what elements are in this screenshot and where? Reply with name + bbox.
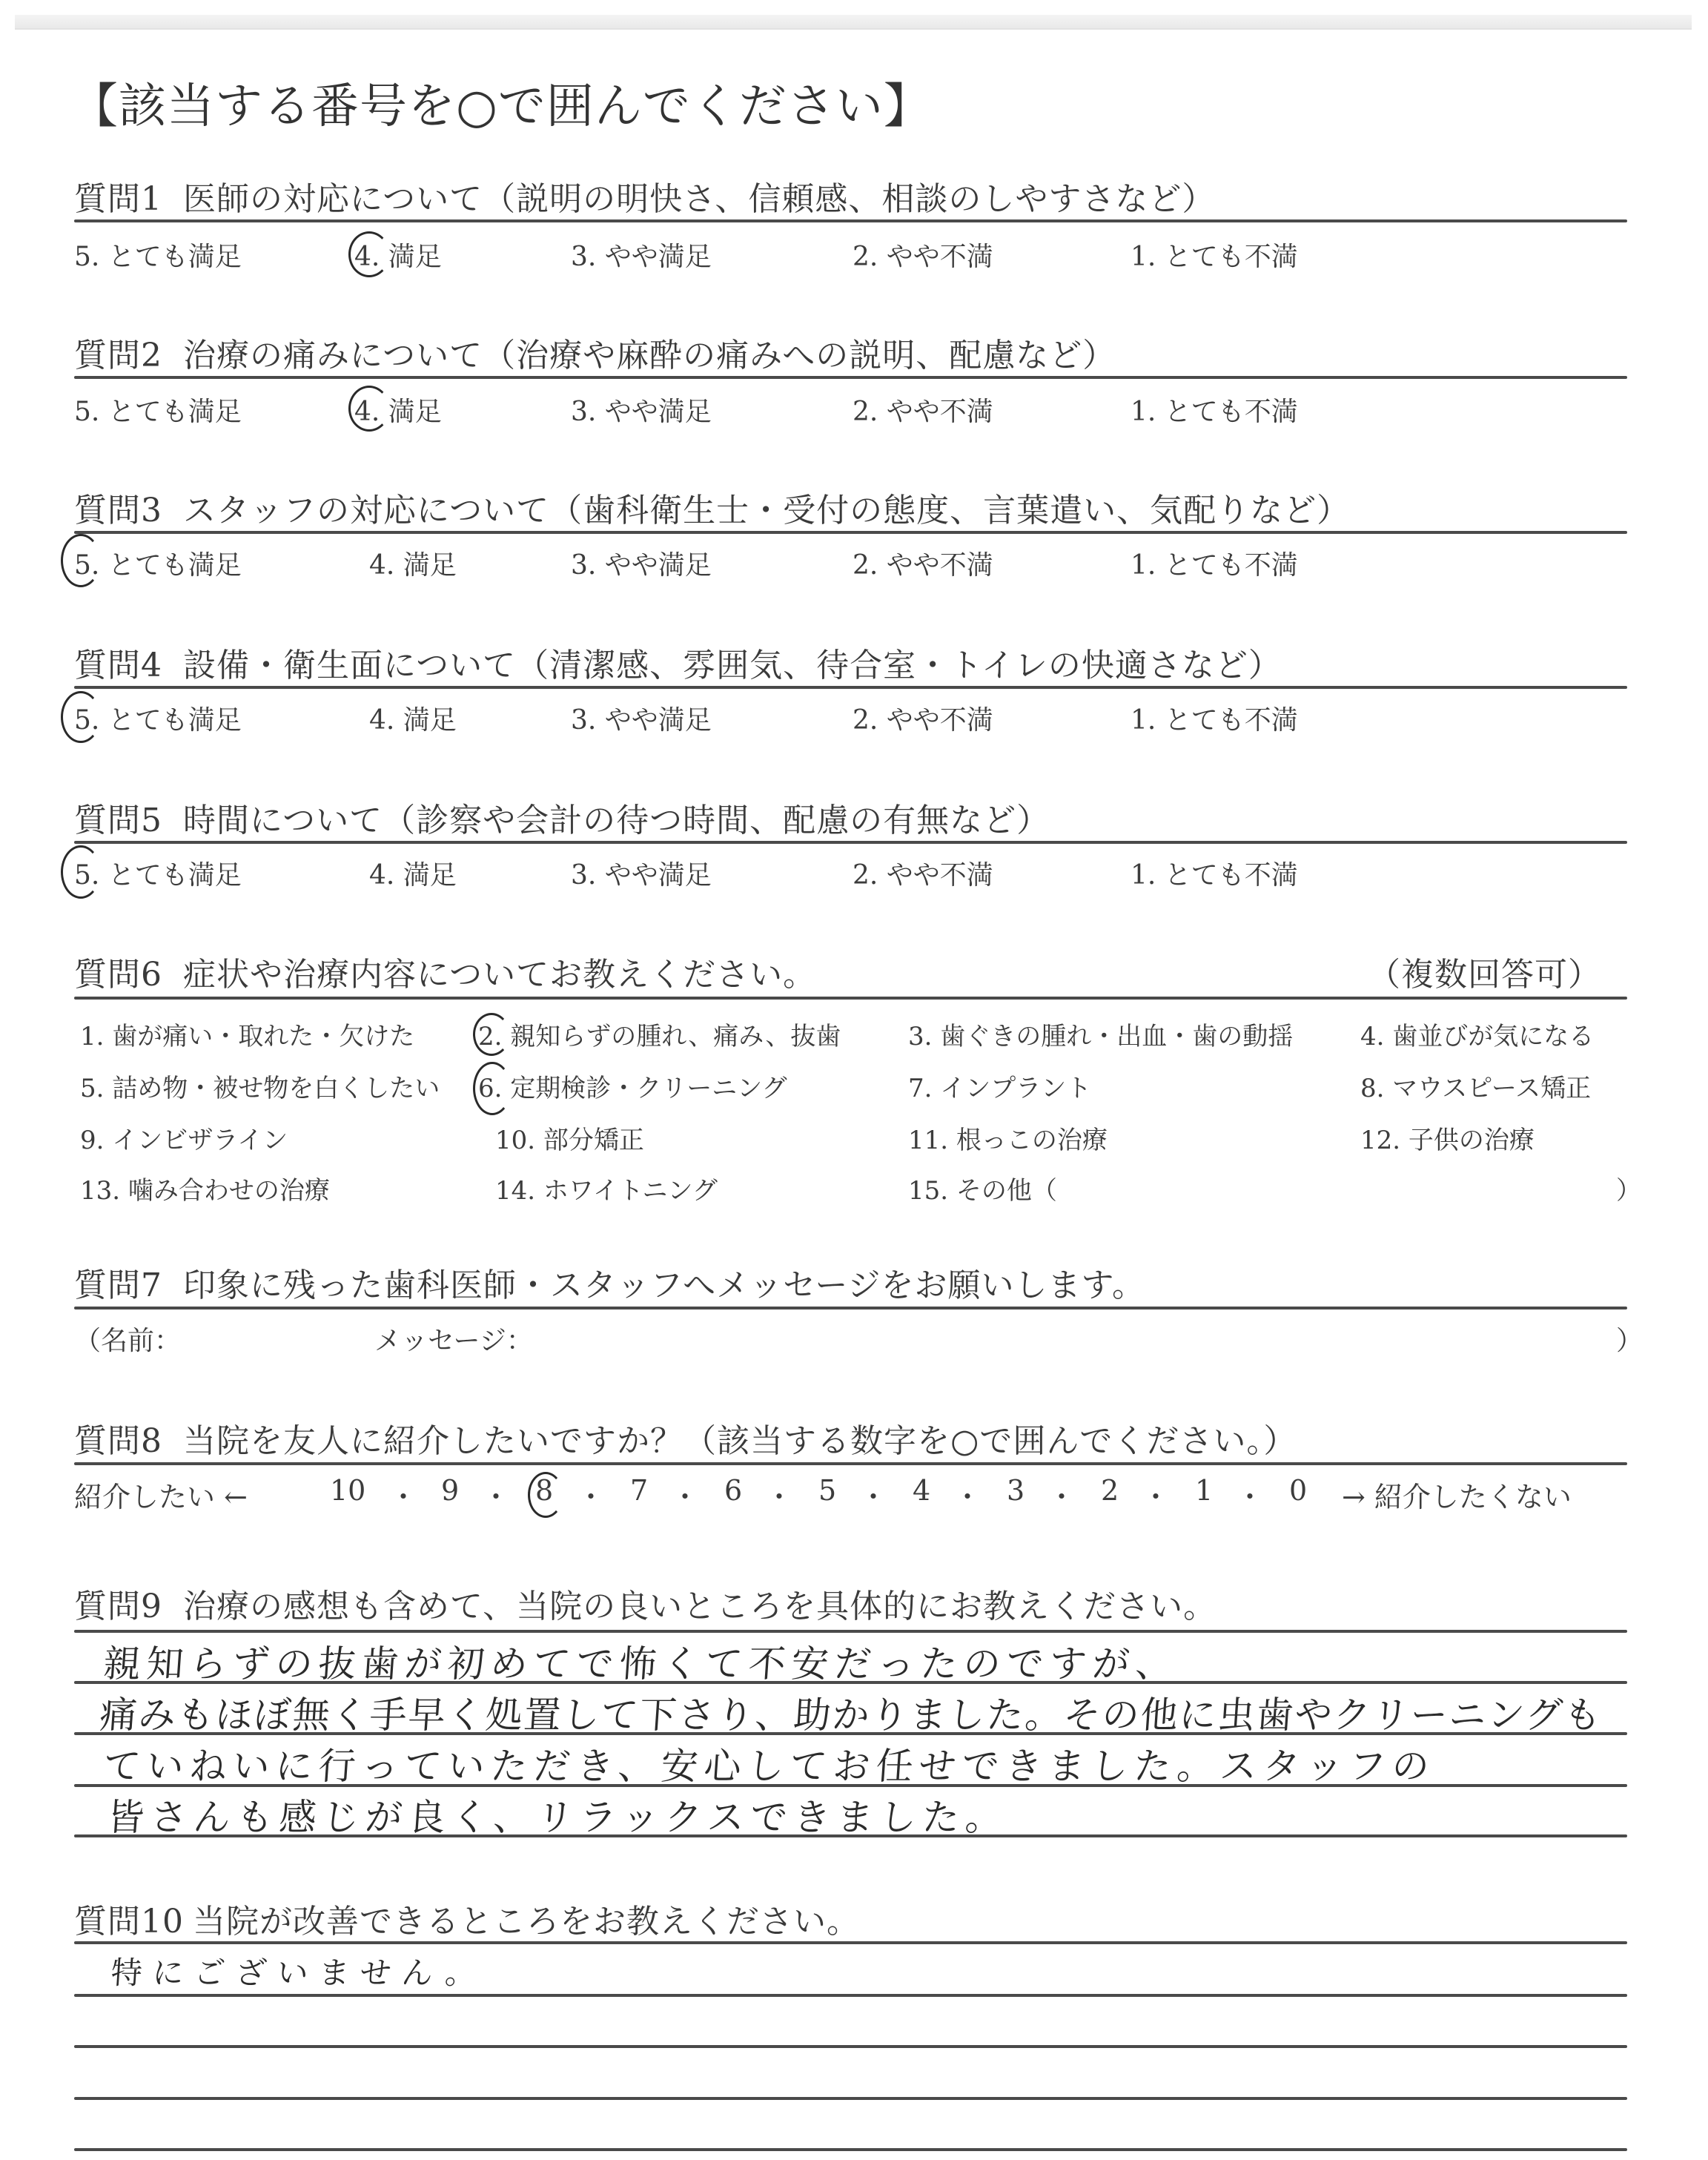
scale-value-1[interactable]: 1 xyxy=(1195,1474,1213,1507)
selected-circle-mark xyxy=(348,231,390,277)
scale-separator: ・ xyxy=(389,1474,417,1515)
question-text: 治療の痛みについて（治療や麻酔の痛みへの説明、配慮など） xyxy=(183,337,1116,374)
q6-option-11[interactable]: 11. 根っこの治療 xyxy=(908,1120,1108,1156)
scale-left-label: 紹介したい ← xyxy=(74,1474,248,1515)
q6-option-4[interactable]: 4. 歯並びが気になる xyxy=(1360,1016,1594,1052)
rule-line xyxy=(74,2045,1627,2048)
multiple-answers-note: （複数回答可） xyxy=(1368,948,1601,995)
q6-option-13[interactable]: 13. 噛み合わせの治療 xyxy=(80,1170,330,1206)
option-3[interactable]: 3. やや満足 xyxy=(571,854,712,892)
option-1[interactable]: 1. とても不満 xyxy=(1131,854,1298,892)
scale-separator: ・ xyxy=(859,1474,887,1515)
handwritten-answer-line: 親知らずの抜歯が初めてで怖くて不安だったのですが、 xyxy=(102,1634,1180,1688)
q6-option-10[interactable]: 10. 部分矯正 xyxy=(495,1120,644,1156)
rule-line xyxy=(74,1941,1627,1944)
question-text: 当院を友人に紹介したいですか？（該当する数字を○で囲んでください。） xyxy=(183,1422,1297,1460)
question-number: 質問4 xyxy=(74,647,162,684)
option-1[interactable]: 1. とても不満 xyxy=(1131,391,1298,429)
selected-circle-mark xyxy=(61,534,101,587)
scale-value-0[interactable]: 0 xyxy=(1289,1474,1307,1507)
scale-separator: ・ xyxy=(1142,1474,1170,1515)
selected-circle-mark xyxy=(528,1472,563,1518)
q6-option-1[interactable]: 1. 歯が痛い・取れた・欠けた xyxy=(80,1016,414,1052)
scale-value-3[interactable]: 3 xyxy=(1007,1474,1025,1507)
option-2[interactable]: 2. やや不満 xyxy=(853,854,993,892)
q6-option-3[interactable]: 3. 歯ぐきの腫れ・出血・歯の動揺 xyxy=(908,1016,1293,1052)
q6-other-close-paren: ） xyxy=(1616,1170,1641,1206)
handwritten-answer-line: 痛みもほぼ無く手早く処置して下さり、助かりました。その他に虫歯やクリーニングも xyxy=(98,1685,1604,1739)
scale-value-4[interactable]: 4 xyxy=(913,1474,930,1507)
question-text: 医師の対応について（説明の明快さ、信頼感、相談のしやすさなど） xyxy=(183,180,1215,218)
option-4[interactable]: 4. 満足 xyxy=(369,699,457,737)
question-text: 設備・衛生面について（清潔感、雰囲気、待合室・トイレの快適さなど） xyxy=(183,647,1282,684)
q6-option-6[interactable]: 6. 定期検診・クリーニング xyxy=(478,1068,787,1104)
rule-line xyxy=(74,1994,1627,1997)
close-paren: ） xyxy=(1616,1320,1643,1358)
question-2-header: 質問2治療の痛みについて（治療や麻酔の痛みへの説明、配慮など） xyxy=(74,328,1116,376)
rule-line xyxy=(74,219,1627,222)
question-6-header: 質問6症状や治療内容についてお教えください。 xyxy=(74,948,816,995)
scale-separator: ・ xyxy=(482,1474,510,1515)
rule-line xyxy=(74,1630,1627,1633)
option-2[interactable]: 2. やや不満 xyxy=(853,391,993,429)
scale-separator: ・ xyxy=(1236,1474,1264,1515)
q6-option-2[interactable]: 2. 親知らずの腫れ、痛み、抜歯 xyxy=(478,1016,841,1052)
scale-value-5[interactable]: 5 xyxy=(818,1474,836,1507)
q6-option-8[interactable]: 8. マウスピース矯正 xyxy=(1360,1068,1591,1104)
rule-line xyxy=(74,997,1627,1000)
scale-separator: ・ xyxy=(953,1474,982,1515)
question-number: 質問7 xyxy=(74,1266,162,1304)
selected-circle-mark xyxy=(348,386,390,432)
question-number: 質問6 xyxy=(74,956,162,994)
rule-line xyxy=(74,841,1627,844)
option-3[interactable]: 3. やや満足 xyxy=(571,699,712,737)
message-field-label: メッセージ： xyxy=(374,1320,533,1358)
scale-value-6[interactable]: 6 xyxy=(724,1474,742,1507)
question-10-header: 質問10当院が改善できるところをお教えください。 xyxy=(74,1895,860,1942)
option-3[interactable]: 3. やや満足 xyxy=(571,236,712,274)
selected-circle-mark xyxy=(473,1013,510,1056)
scan-top-edge xyxy=(15,15,1692,30)
option-3[interactable]: 3. やや満足 xyxy=(571,391,712,429)
q6-option-14[interactable]: 14. ホワイトニング xyxy=(495,1170,718,1206)
option-2[interactable]: 2. やや不満 xyxy=(853,544,993,582)
rule-line xyxy=(74,2148,1627,2151)
selected-circle-mark xyxy=(473,1062,512,1115)
scale-separator: ・ xyxy=(577,1474,605,1515)
handwritten-answer-line: 皆さんも感じが良く、リラックスできました。 xyxy=(105,1788,1010,1841)
option-4[interactable]: 4. 満足 xyxy=(369,854,457,892)
option-5[interactable]: 5. とても満足 xyxy=(74,236,242,274)
question-text: 症状や治療内容についてお教えください。 xyxy=(183,956,816,994)
scale-value-2[interactable]: 2 xyxy=(1101,1474,1119,1507)
option-4[interactable]: 4. 満足 xyxy=(369,544,457,582)
q6-option-5[interactable]: 5. 詰め物・被せ物を白くしたい xyxy=(80,1068,440,1104)
question-8-header: 質問8当院を友人に紹介したいですか？（該当する数字を○で囲んでください。） xyxy=(74,1414,1297,1462)
option-3[interactable]: 3. やや満足 xyxy=(571,544,712,582)
scale-separator: ・ xyxy=(671,1474,699,1515)
question-text: 印象に残った歯科医師・スタッフへメッセージをお願いします。 xyxy=(183,1266,1145,1304)
option-2[interactable]: 2. やや不満 xyxy=(853,699,993,737)
question-text: スタッフの対応について（歯科衛生士・受付の態度、言葉遣い、気配りなど） xyxy=(183,492,1350,529)
q6-option-12[interactable]: 12. 子供の治療 xyxy=(1360,1120,1535,1156)
option-5[interactable]: 5. とても満足 xyxy=(74,391,242,429)
rule-line xyxy=(74,376,1627,379)
message-field[interactable] xyxy=(563,1320,1601,1353)
selected-circle-mark xyxy=(61,845,101,899)
question-number: 質問3 xyxy=(74,492,162,529)
question-3-header: 質問3スタッフの対応について（歯科衛生士・受付の態度、言葉遣い、気配りなど） xyxy=(74,483,1350,531)
handwritten-answer-line: 特にございません。 xyxy=(110,1949,489,1993)
rule-line xyxy=(74,2097,1627,2100)
scale-right-label: → 紹介したくない xyxy=(1342,1474,1572,1515)
q6-option-9[interactable]: 9. インビザライン xyxy=(80,1120,288,1156)
question-number: 質問1 xyxy=(74,180,162,218)
selected-circle-mark xyxy=(61,691,101,743)
option-2[interactable]: 2. やや不満 xyxy=(853,236,993,274)
q6-option-15-other[interactable]: 15. その他（ xyxy=(908,1170,1057,1206)
question-number: 質問8 xyxy=(74,1422,162,1460)
question-7-header: 質問7印象に残った歯科医師・スタッフへメッセージをお願いします。 xyxy=(74,1258,1145,1306)
question-4-header: 質問4設備・衛生面について（清潔感、雰囲気、待合室・トイレの快適さなど） xyxy=(74,638,1282,686)
option-1[interactable]: 1. とても不満 xyxy=(1131,544,1298,582)
question-1-header: 質問1医師の対応について（説明の明快さ、信頼感、相談のしやすさなど） xyxy=(74,172,1215,219)
option-1[interactable]: 1. とても不満 xyxy=(1131,699,1298,737)
question-number: 質問5 xyxy=(74,802,162,839)
scale-value-9[interactable]: 9 xyxy=(441,1474,459,1507)
scale-value-10[interactable]: 10 xyxy=(330,1474,365,1507)
rule-line xyxy=(74,686,1627,689)
scale-value-7[interactable]: 7 xyxy=(630,1474,648,1507)
question-5-header: 質問5時間について（診察や会計の待つ時間、配慮の有無など） xyxy=(74,793,1050,841)
rule-line xyxy=(74,531,1627,534)
handwritten-answer-line: ていねいに行っていただき、安心してお任せできました。スタッフの xyxy=(102,1737,1437,1790)
question-text: 治療の感想も含めて、当院の良いところを具体的にお教えください。 xyxy=(183,1588,1217,1625)
question-text: 時間について（診察や会計の待つ時間、配慮の有無など） xyxy=(183,802,1050,839)
option-1[interactable]: 1. とても不満 xyxy=(1131,236,1298,274)
question-9-header: 質問9治療の感想も含めて、当院の良いところを具体的にお教えください。 xyxy=(74,1579,1217,1627)
question-number: 質問10 xyxy=(74,1903,184,1941)
name-field-label: （名前： xyxy=(74,1320,181,1358)
rule-line xyxy=(74,1462,1627,1465)
name-field[interactable] xyxy=(215,1320,363,1353)
question-text: 当院が改善できるところをお教えください。 xyxy=(193,1903,860,1941)
rule-line xyxy=(74,1307,1627,1309)
scale-separator: ・ xyxy=(765,1474,793,1515)
question-number: 質問2 xyxy=(74,337,162,374)
scale-separator: ・ xyxy=(1047,1474,1076,1515)
q6-option-7[interactable]: 7. インプラント xyxy=(908,1068,1091,1104)
form-instruction-title: 【該当する番号を○で囲んでください】 xyxy=(70,68,932,136)
question-number: 質問9 xyxy=(74,1588,162,1625)
